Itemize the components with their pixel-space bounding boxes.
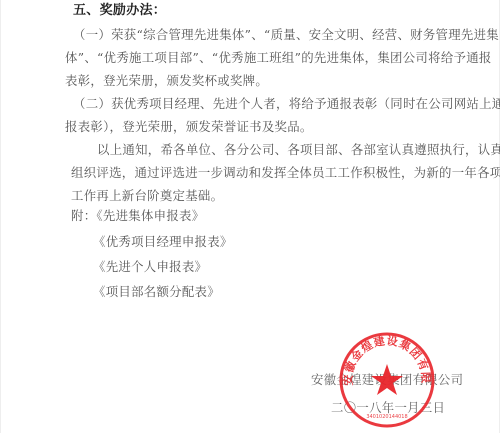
attachment-item: 《先进个人申报表》 bbox=[93, 259, 207, 275]
paragraph-2-line-2: 报表彰），登光荣册，颁发荣誉证书及奖品。 bbox=[65, 119, 313, 135]
paragraph-3-line-2: 组织评选，通过评选进一步调动和发挥全体员工工作积极性，为新的一年各项 bbox=[71, 165, 500, 181]
attachments-list: 附：《先进集体申报表》 bbox=[71, 208, 204, 224]
paragraph-3-line-3: 工作再上新台阶奠定基础。 bbox=[71, 188, 223, 204]
attachment-item: 《先进集体申报表》 bbox=[96, 208, 204, 223]
paragraph-1-line-2: 体”、“优秀施工项目部”、“优秀施工班组”的先进集体，集团公司将给予通报 bbox=[65, 50, 492, 66]
star-icon bbox=[371, 364, 403, 395]
attachment-item: 《优秀项目经理申报表》 bbox=[93, 234, 233, 250]
document-page: 五、奖励办法： （一）荣获“综合管理先进集体”、“质量、安全文明、经营、财务管理… bbox=[0, 0, 500, 433]
attachment-item: 《项目部名额分配表》 bbox=[93, 284, 220, 300]
attachments-prefix: 附： bbox=[71, 208, 96, 223]
paragraph-3-line-1: 以上通知，希各单位、各分公司、各项目部、各部室认真遵照执行，认真 bbox=[97, 142, 500, 158]
seal-number: 3401020144018 bbox=[366, 414, 407, 420]
company-seal-icon: 安徽金煌建设集团有限公司 3401020144018 bbox=[337, 330, 437, 430]
section-heading: 五、奖励办法： bbox=[73, 3, 166, 19]
paragraph-1-line-3: 表彰，登光荣册，颁发奖杯或奖牌。 bbox=[65, 73, 268, 89]
paragraph-2-line-1: （二）获优秀项目经理、先进个人者，将给予通报表彰（同时在公司网站上通 bbox=[73, 96, 500, 112]
paragraph-1-line-1: （一）荣获“综合管理先进集体”、“质量、安全文明、经营、财务管理先进集 bbox=[73, 27, 499, 43]
